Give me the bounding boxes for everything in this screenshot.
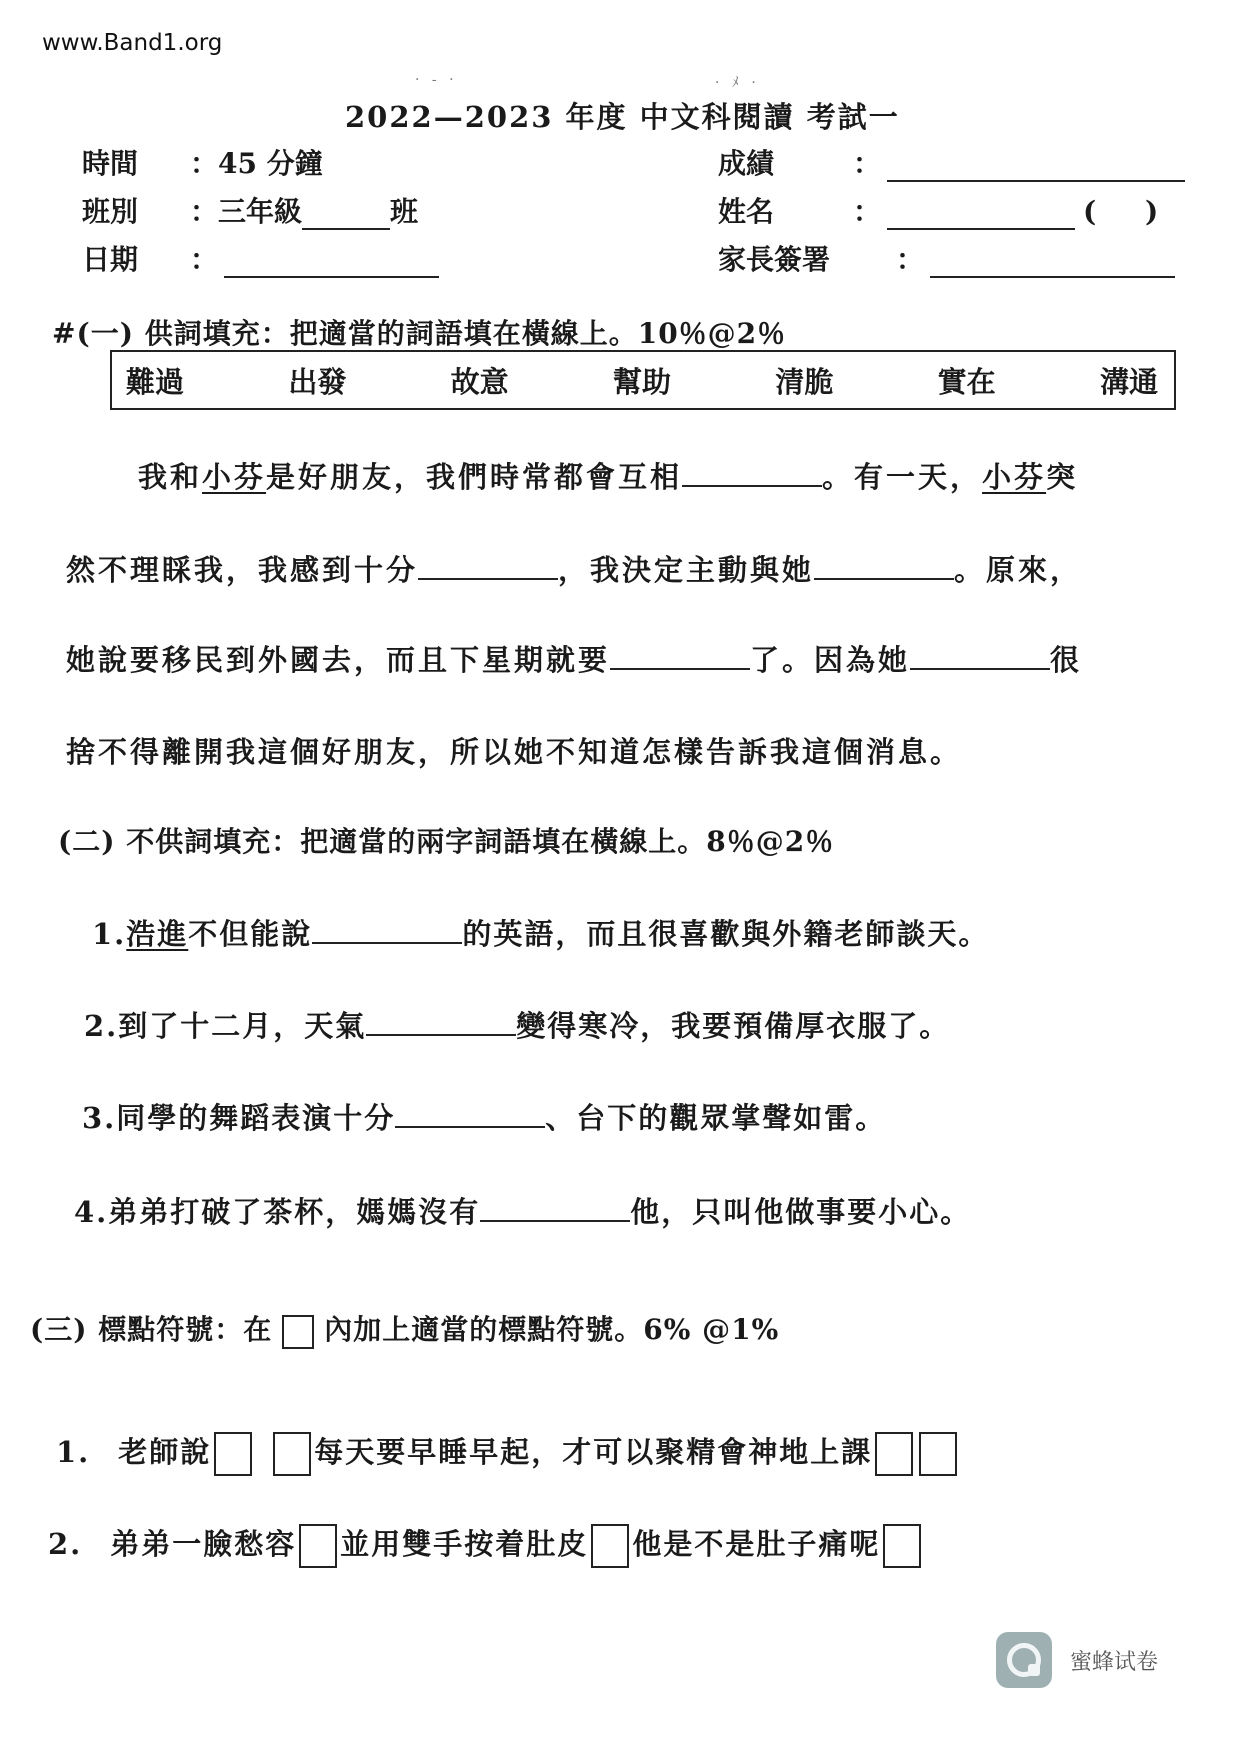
- word-bank-box: 難過 出發 故意 幫助 清脆 實在 溝通: [110, 350, 1176, 410]
- text: 她說要移民到外國去，而且下星期就要: [66, 643, 610, 677]
- punct-box[interactable]: [883, 1524, 921, 1568]
- section2-title: (二) 不供詞填充：把適當的兩字詞語填在橫線上。8％@2％: [58, 820, 834, 860]
- text: 變得寒冷，我要預備厚衣服了。: [516, 1009, 950, 1043]
- text: 不但能說: [188, 917, 312, 951]
- bee-exam-logo-icon: [996, 1632, 1052, 1688]
- blank-4[interactable]: [610, 638, 750, 670]
- passage-line-3: 她說要移民到外國去，而且下星期就要了。因為她很: [66, 638, 1082, 679]
- score-field[interactable]: [887, 152, 1185, 182]
- sample-box-icon: [282, 1315, 314, 1349]
- name-row: 姓名：( ): [718, 190, 1158, 230]
- blank-5[interactable]: [910, 638, 1050, 670]
- text: 突: [1046, 460, 1078, 494]
- text: 、台下的觀眾掌聲如雷。: [545, 1101, 886, 1135]
- text: 4.弟弟打破了茶杯，媽媽沒有: [74, 1195, 480, 1229]
- blank-1[interactable]: [682, 455, 822, 487]
- punct-box[interactable]: [299, 1524, 337, 1568]
- footer-watermark: 蜜蜂试卷: [996, 1632, 1158, 1688]
- text: 是好朋友，我們時常都會互相: [266, 460, 682, 494]
- parent-signature-row: 家長簽署：: [718, 238, 1175, 278]
- word-bank-item: 幫助: [613, 360, 671, 401]
- punct-box[interactable]: [214, 1432, 252, 1476]
- s2-question-4: 4.弟弟打破了茶杯，媽媽沒有他，只叫他做事要小心。: [74, 1190, 971, 1231]
- site-watermark: www.Band1.org: [42, 30, 222, 56]
- word-bank-item: 難過: [126, 360, 184, 401]
- passage-line-1: 我和小芬是好朋友，我們時常都會互相。有一天，小芬突: [138, 455, 1078, 496]
- scan-speck: · - ·: [415, 72, 458, 88]
- q-number: 1.: [92, 917, 126, 951]
- score-row: 成績：: [718, 142, 1185, 182]
- text: 內加上適當的標點符號。6% @1%: [324, 1313, 779, 1346]
- section3-title: (三) 標點符號：在內加上適當的標點符號。6% @1%: [30, 1308, 779, 1349]
- passage-line-4: 捨不得離開我這個好朋友，所以她不知道怎樣告訴我這個消息。: [66, 730, 962, 771]
- text: 3.同學的舞蹈表演十分: [82, 1101, 395, 1135]
- date-label: 日期: [82, 238, 190, 278]
- s2-question-3: 3.同學的舞蹈表演十分、台下的觀眾掌聲如雷。: [82, 1096, 886, 1137]
- score-label: 成績: [718, 142, 853, 182]
- s2-blank-1[interactable]: [312, 912, 462, 944]
- class-field[interactable]: [302, 200, 390, 230]
- section1-title: #(一) 供詞填充：把適當的詞語填在橫線上。10％@2％: [52, 312, 786, 352]
- proper-name: 小芬: [982, 460, 1046, 494]
- text: 。有一天，: [822, 460, 982, 494]
- text: 了。因為她: [750, 643, 910, 677]
- parent-colon: ：: [896, 243, 924, 276]
- class-label: 班別: [82, 190, 190, 230]
- date-colon: ：: [190, 243, 218, 276]
- text: 並用雙手按着肚皮: [340, 1527, 588, 1561]
- blank-2[interactable]: [418, 548, 558, 580]
- word-bank-item: 出發: [288, 360, 346, 401]
- time-label: 時間: [82, 142, 190, 182]
- parent-signature-field[interactable]: [930, 248, 1175, 278]
- class-value: ：三年級: [190, 195, 302, 228]
- proper-name: 小芬: [202, 460, 266, 494]
- proper-name: 浩進: [126, 917, 188, 951]
- text: (三) 標點符號：在: [30, 1313, 272, 1346]
- exam-title: 2022—2023 年度 中文科閱讀 考試一: [345, 95, 900, 136]
- text: 。原來，: [954, 553, 1082, 587]
- s2-blank-2[interactable]: [366, 1004, 516, 1036]
- time-row: 時間：45 分鐘: [82, 142, 323, 182]
- s2-question-2: 2.到了十二月，天氣變得寒冷，我要預備厚衣服了。: [84, 1004, 950, 1045]
- class-number-field[interactable]: ( ): [1083, 195, 1158, 228]
- punct-box[interactable]: [591, 1524, 629, 1568]
- text: 弟弟一臉愁容: [110, 1527, 296, 1561]
- s2-blank-4[interactable]: [480, 1190, 630, 1222]
- word-bank-item: 溝通: [1100, 360, 1158, 401]
- text: 每天要早睡早起，才可以聚精會神地上課: [314, 1435, 872, 1469]
- q-number: 1.: [56, 1435, 90, 1469]
- text: 他，只叫他做事要小心。: [630, 1195, 971, 1229]
- name-label: 姓名: [718, 190, 853, 230]
- word-bank-item: 實在: [938, 360, 996, 401]
- s2-blank-3[interactable]: [395, 1096, 545, 1128]
- word-bank-item: 故意: [451, 360, 509, 401]
- name-colon: ：: [853, 195, 881, 228]
- date-row: 日期：: [82, 238, 439, 278]
- text: 他是不是肚子痛呢: [632, 1527, 880, 1561]
- class-row: 班別：三年級班: [82, 190, 418, 230]
- name-field[interactable]: [887, 200, 1075, 230]
- watermark-text: 蜜蜂试卷: [1070, 1645, 1158, 1676]
- text: 的英語，而且很喜歡與外籍老師談天。: [462, 917, 989, 951]
- text: 老師說: [118, 1435, 211, 1469]
- text: 很: [1050, 643, 1082, 677]
- text: ，我決定主動與她: [558, 553, 814, 587]
- q-number: 2.: [48, 1527, 82, 1561]
- s3-question-1: 1.老師說每天要早睡早起，才可以聚精會神地上課: [56, 1430, 960, 1476]
- time-value: ：45 分鐘: [190, 147, 323, 180]
- parent-signature-label: 家長簽署: [718, 238, 896, 278]
- s2-question-1: 1.浩進不但能說的英語，而且很喜歡與外籍老師談天。: [92, 912, 989, 953]
- text: 2.到了十二月，天氣: [84, 1009, 366, 1043]
- punct-box[interactable]: [875, 1432, 913, 1476]
- class-suffix: 班: [390, 195, 418, 228]
- date-field[interactable]: [224, 248, 439, 278]
- word-bank-item: 清脆: [775, 360, 833, 401]
- punct-box[interactable]: [273, 1432, 311, 1476]
- blank-3[interactable]: [814, 548, 954, 580]
- text: 我和: [138, 460, 202, 494]
- score-colon: ：: [853, 147, 881, 180]
- passage-line-2: 然不理睬我，我感到十分，我決定主動與她。原來，: [66, 548, 1082, 589]
- text: 然不理睬我，我感到十分: [66, 553, 418, 587]
- s3-question-2: 2.弟弟一臉愁容並用雙手按着肚皮他是不是肚子痛呢: [48, 1522, 924, 1568]
- punct-box[interactable]: [919, 1432, 957, 1476]
- scan-speck: · ﾒ ·: [715, 72, 760, 92]
